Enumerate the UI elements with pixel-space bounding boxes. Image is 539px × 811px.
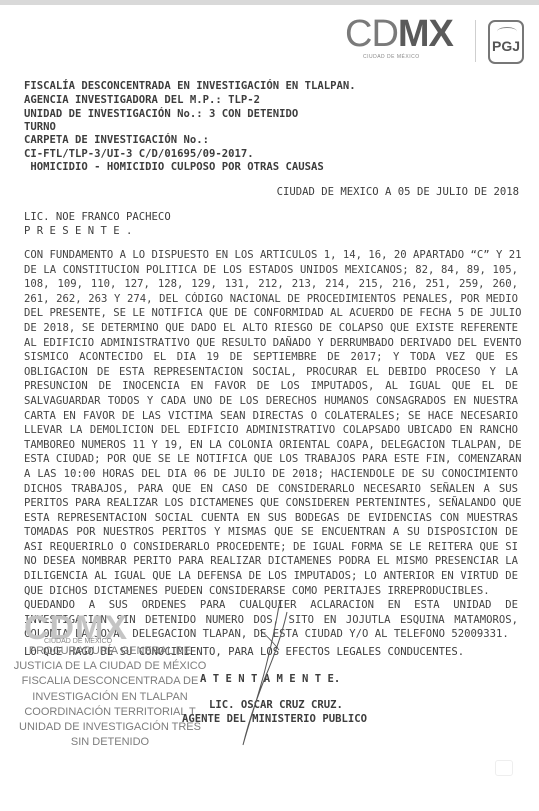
stamp-line: JUSTICIA DE LA CIUDAD DE MÉXICO (10, 659, 210, 674)
header-line: UNIDAD DE INVESTIGACIÓN No.: 3 CON DETEN… (24, 108, 298, 121)
stamp-line: COORDINACIÓN TERRITORIAL T (10, 705, 210, 720)
stamp-text: PROCURADURÍA GENERAL DEJUSTICIA DE LA CI… (10, 644, 210, 750)
header-line: TURNO (24, 121, 56, 134)
cdmx-logo-thin: CD (345, 13, 398, 55)
header-line: HOMICIDIO - HOMICIDIO CULPOSO POR OTRAS … (24, 161, 324, 174)
cdmx-logo-bold: MX (398, 13, 453, 55)
stamp-line: FISCALIA DESCONCENTRADA DE (10, 674, 210, 689)
footer-logo-mark (495, 760, 513, 776)
stamp-line: INVESTIGACIÓN EN TLALPAN (10, 690, 210, 705)
header-line: AGENCIA INVESTIGADORA DEL M.P.: TLP-2 (24, 94, 260, 107)
recipient-name: LIC. NOE FRANCO PACHECO (24, 211, 171, 224)
paragraph-line: CON FUNDAMENTO A LO DISPUESTO EN LOS ART… (24, 248, 518, 263)
paragraph-line: A LAS 10:00 HORAS DEL DIA 06 DE JULIO DE… (24, 467, 518, 482)
top-edge (0, 0, 539, 5)
paragraph-line: ESTA REPRESENTACION SOCIAL CUENTA EN SUS… (24, 511, 518, 526)
date-line: CIUDAD DE MEXICO A 05 DE JULIO DE 2018 (277, 186, 519, 199)
stamp-line: UNIDAD DE INVESTIGACIÓN TRES (10, 720, 210, 735)
body-paragraph-1: CON FUNDAMENTO A LO DISPUESTO EN LOS ART… (24, 248, 518, 598)
paragraph-line: PERITOS PARA REALIZAR LOS DICTAMENES QUE… (24, 496, 518, 511)
header-line: CI-FTL/TLP-3/UI-3 C/D/01695/09-2017. (24, 148, 254, 161)
paragraph-line: DE LA CONSTITUCION POLITICA DE LOS ESTAD… (24, 263, 518, 278)
header-line: CARPETA DE INVESTIGACIÓN No.: (24, 134, 209, 147)
paragraph-line: TAMBOREO NUMEROS 11 Y 19, EN LA COLONIA … (24, 438, 518, 453)
paragraph-line: CARTA EN FAVOR DE LAS VICTIMA SEAN DIREC… (24, 409, 518, 424)
paragraph-line: 108, 109, 110, 127, 128, 129, 131, 212, … (24, 277, 518, 292)
recipient-salutation: P R E S E N T E . (24, 225, 132, 238)
handwritten-signature (235, 600, 315, 750)
logo-divider (475, 20, 476, 62)
paragraph-line: 261, 262, 263 Y 274, DEL CÓDIGO NACIONAL… (24, 292, 518, 307)
paragraph-line: PRESUNCION DE INOCENCIA EN FAVOR DE LOS … (24, 379, 518, 394)
paragraph-line: TOMADAS POR NUESTROS PERITOS Y MISMAS QU… (24, 525, 518, 540)
paragraph-line: DILIGENCIA AL IGUAL QUE LA DEFENSA DE LO… (24, 569, 518, 584)
paragraph-line: LLEVAR LA DEMOLICION DEL EDIFICIO ADMINI… (24, 423, 518, 438)
paragraph-line: DICHOS TRABAJOS, PARA QUE EN CASO DE CON… (24, 482, 518, 497)
cdmx-logo: CDMX CIUDAD DE MÉXICO (345, 14, 465, 64)
paragraph-line: QUE DICHOS DICTAMENES PUEDEN CONSIDERARS… (24, 584, 518, 599)
pgj-logo: PGJ (488, 20, 524, 64)
header-line: FISCALÍA DESCONCENTRADA EN INVESTIGACIÓN… (24, 80, 356, 93)
paragraph-line: NO DESEA NOMBRAR PERITO PARA REALIZAR DI… (24, 554, 518, 569)
paragraph-line: SISMICO ACONTECIDO EL DIA 19 DE SEPTIEMB… (24, 350, 518, 365)
stamp-line: SIN DETENIDO (10, 735, 210, 750)
paragraph-line: ASI REQUERIRLO O CONSIDERARLO PROCEDENTE… (24, 540, 518, 555)
paragraph-line: DE 2018, SE DETERMINO QUE DADO EL ALTO R… (24, 321, 518, 336)
paragraph-line: SALVAGUARDAR TODOS Y CADA UNO DE LOS DER… (24, 394, 518, 409)
paragraph-line: DEL PRESENTE, SE LE NOTIFICA QUE DE CONF… (24, 306, 518, 321)
pgj-wave-icon (497, 27, 517, 36)
paragraph-line: ESTA CIUDAD; POR QUE SE LE NOTIFICA QUE … (24, 452, 518, 467)
stamp-line: PROCURADURÍA GENERAL DE (10, 644, 210, 659)
pgj-logo-text: PGJ (492, 38, 520, 54)
paragraph-line: OBLIGACION DE ESTA REPRESENTACION SOCIAL… (24, 365, 518, 380)
paragraph-line: AL EDIFICIO ADMINISTRATIVO QUE RESULTO D… (24, 336, 518, 351)
